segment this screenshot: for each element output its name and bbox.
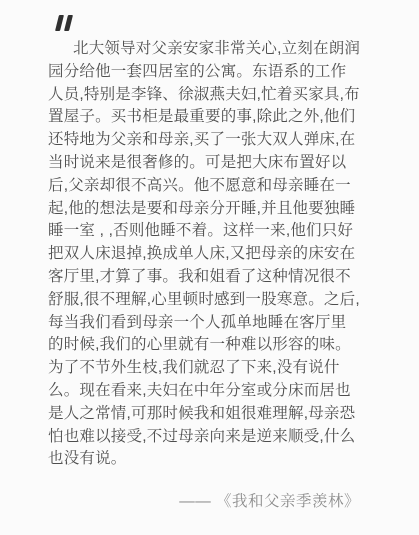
text-line: 客厅里,才算了事。我和姐看了这种情况很不 — [48, 266, 366, 289]
text-line: 么。现在看来,夫妇在中年分室或分床而居也 — [48, 380, 366, 403]
text-line: 把双人床退掉,换成单人床,又把母亲的床安在 — [48, 243, 366, 266]
text-line: 的时候,我们的心里就有一种难以形容的味。 — [48, 334, 366, 357]
text-line: 园分给他一套四居室的公寓。东语系的工作 — [48, 61, 366, 84]
quote-content: 北大领导对父亲安家非常关心,立刻在朗润 园分给他一套四居室的公寓。东语系的工作 … — [48, 15, 366, 513]
text-line: 后,父亲却很不高兴。他不愿意和母亲睡在一 — [48, 175, 366, 198]
text-line: 为了不节外生枝,我们就忍了下来,没有说什 — [48, 357, 366, 380]
quote-bar-right — [64, 15, 73, 31]
text-line: 每当我们看到母亲一个人孤单地睡在客厅里 — [48, 312, 366, 335]
text-line: 当时说来是很奢修的。可是把大床布置好以 — [48, 152, 366, 175]
text-line: 是人之常情,可那时候我和姐很难理解,母亲恐 — [48, 403, 366, 426]
text-line: 置屋子。买书柜是最重要的事,除此之外,他们 — [48, 106, 366, 129]
book-title-attribution: —— 《我和父亲季羡林》 — [48, 491, 366, 513]
text-line: 北大领导对父亲安家非常关心,立刻在朗润 — [48, 38, 366, 61]
text-line: 起,他的想法是要和母亲分开睡,并且他要独睡 — [48, 198, 366, 221]
text-line: 舒服,很不理解,心里顿时感到一股寒意。之后, — [48, 289, 366, 312]
text-line: 还特地为父亲和母亲,买了一张大双人弹床,在 — [48, 129, 366, 152]
text-line: 睡一室 , ,否则他睡不着。这样一来,他们只好 — [48, 220, 366, 243]
text-line: 也没有说。 — [48, 448, 366, 471]
quote-card: 北大领导对父亲安家非常关心,立刻在朗润 园分给他一套四居室的公寓。东语系的工作 … — [0, 0, 419, 535]
text-line: 人员,特别是李锋、徐淑燕夫妇,忙着买家具,布 — [48, 84, 366, 107]
text-line: 怕也难以接受,不过母亲向来是逆来顺受,什么 — [48, 426, 366, 449]
quote-bar-left — [55, 15, 64, 31]
quotation-mark-icon — [57, 15, 366, 32]
